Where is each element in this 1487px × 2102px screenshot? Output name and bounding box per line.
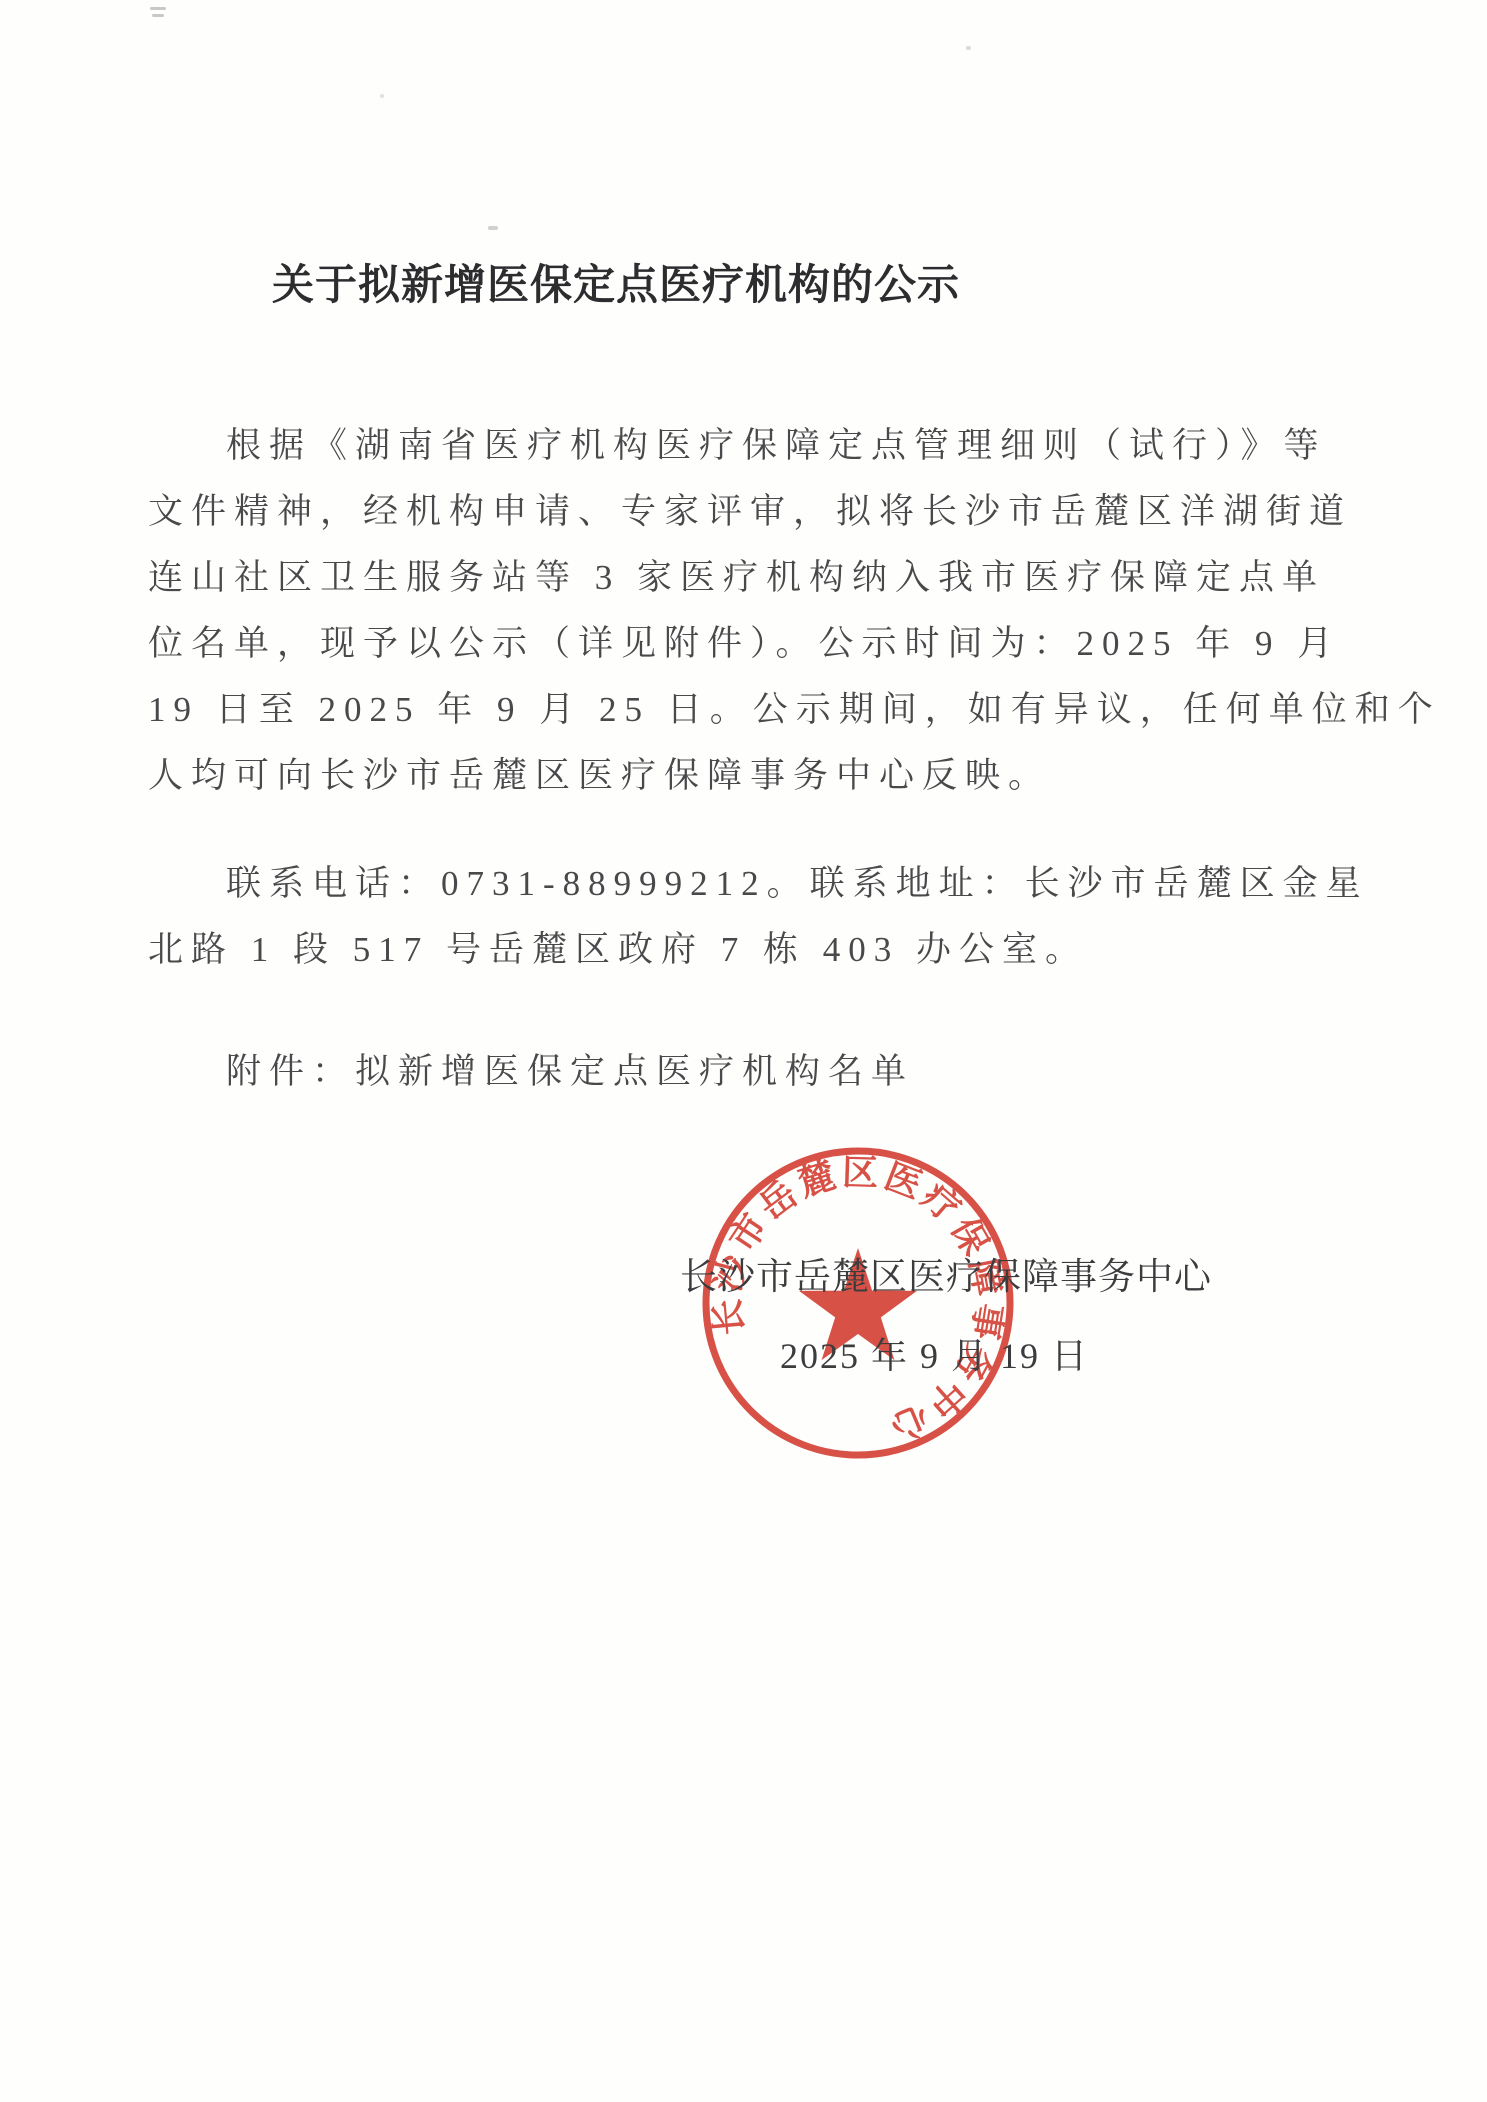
scan-noise-speck	[150, 7, 166, 10]
paragraph1-line-2: 文件精神，经机构申请、专家评审，拟将长沙市岳麓区洋湖街道	[148, 479, 1363, 545]
scan-noise-speck	[966, 46, 971, 50]
paragraph1-line-1: 根据《湖南省医疗机构医疗保障定点管理细则（试行）》等	[148, 413, 1363, 479]
paragraph1-line-6: 人均可向长沙市岳麓区医疗保障事务中心反映。	[148, 743, 1363, 809]
contact-line-phone: 联系电话：0731-88999212。联系地址：长沙市岳麓区金星	[148, 851, 1363, 917]
scan-noise-speck	[380, 94, 384, 98]
scanned-document-page: 关于拟新增医保定点医疗机构的公示 根据《湖南省医疗机构医疗保障定点管理细则（试行…	[0, 0, 1487, 2102]
scan-noise-speck	[152, 14, 164, 17]
contact-line-address: 北路 1 段 517 号岳麓区政府 7 栋 403 办公室。	[148, 917, 1363, 983]
issuing-organization-signature: 长沙市岳麓区医疗保障事务中心	[680, 1246, 1212, 1300]
paragraph1-line-3: 连山社区卫生服务站等 3 家医疗机构纳入我市医疗保障定点单	[148, 545, 1363, 611]
paragraph1-line-5: 19 日至 2025 年 9 月 25 日。公示期间，如有异议，任何单位和个	[148, 677, 1363, 743]
official-seal: 长沙市岳麓区医疗保障事务中心	[693, 1138, 1023, 1468]
scan-noise-speck	[488, 226, 498, 230]
issue-date: 2025 年 9 月 19 日	[780, 1328, 1089, 1379]
paragraph1-line-4: 位名单，现予以公示（详见附件）。公示时间为：2025 年 9 月	[148, 611, 1363, 677]
document-title: 关于拟新增医保定点医疗机构的公示	[272, 252, 960, 312]
attachment-line: 附件：拟新增医保定点医疗机构名单	[148, 1039, 1363, 1105]
document-body: 根据《湖南省医疗机构医疗保障定点管理细则（试行）》等 文件精神，经机构申请、专家…	[148, 413, 1363, 1105]
